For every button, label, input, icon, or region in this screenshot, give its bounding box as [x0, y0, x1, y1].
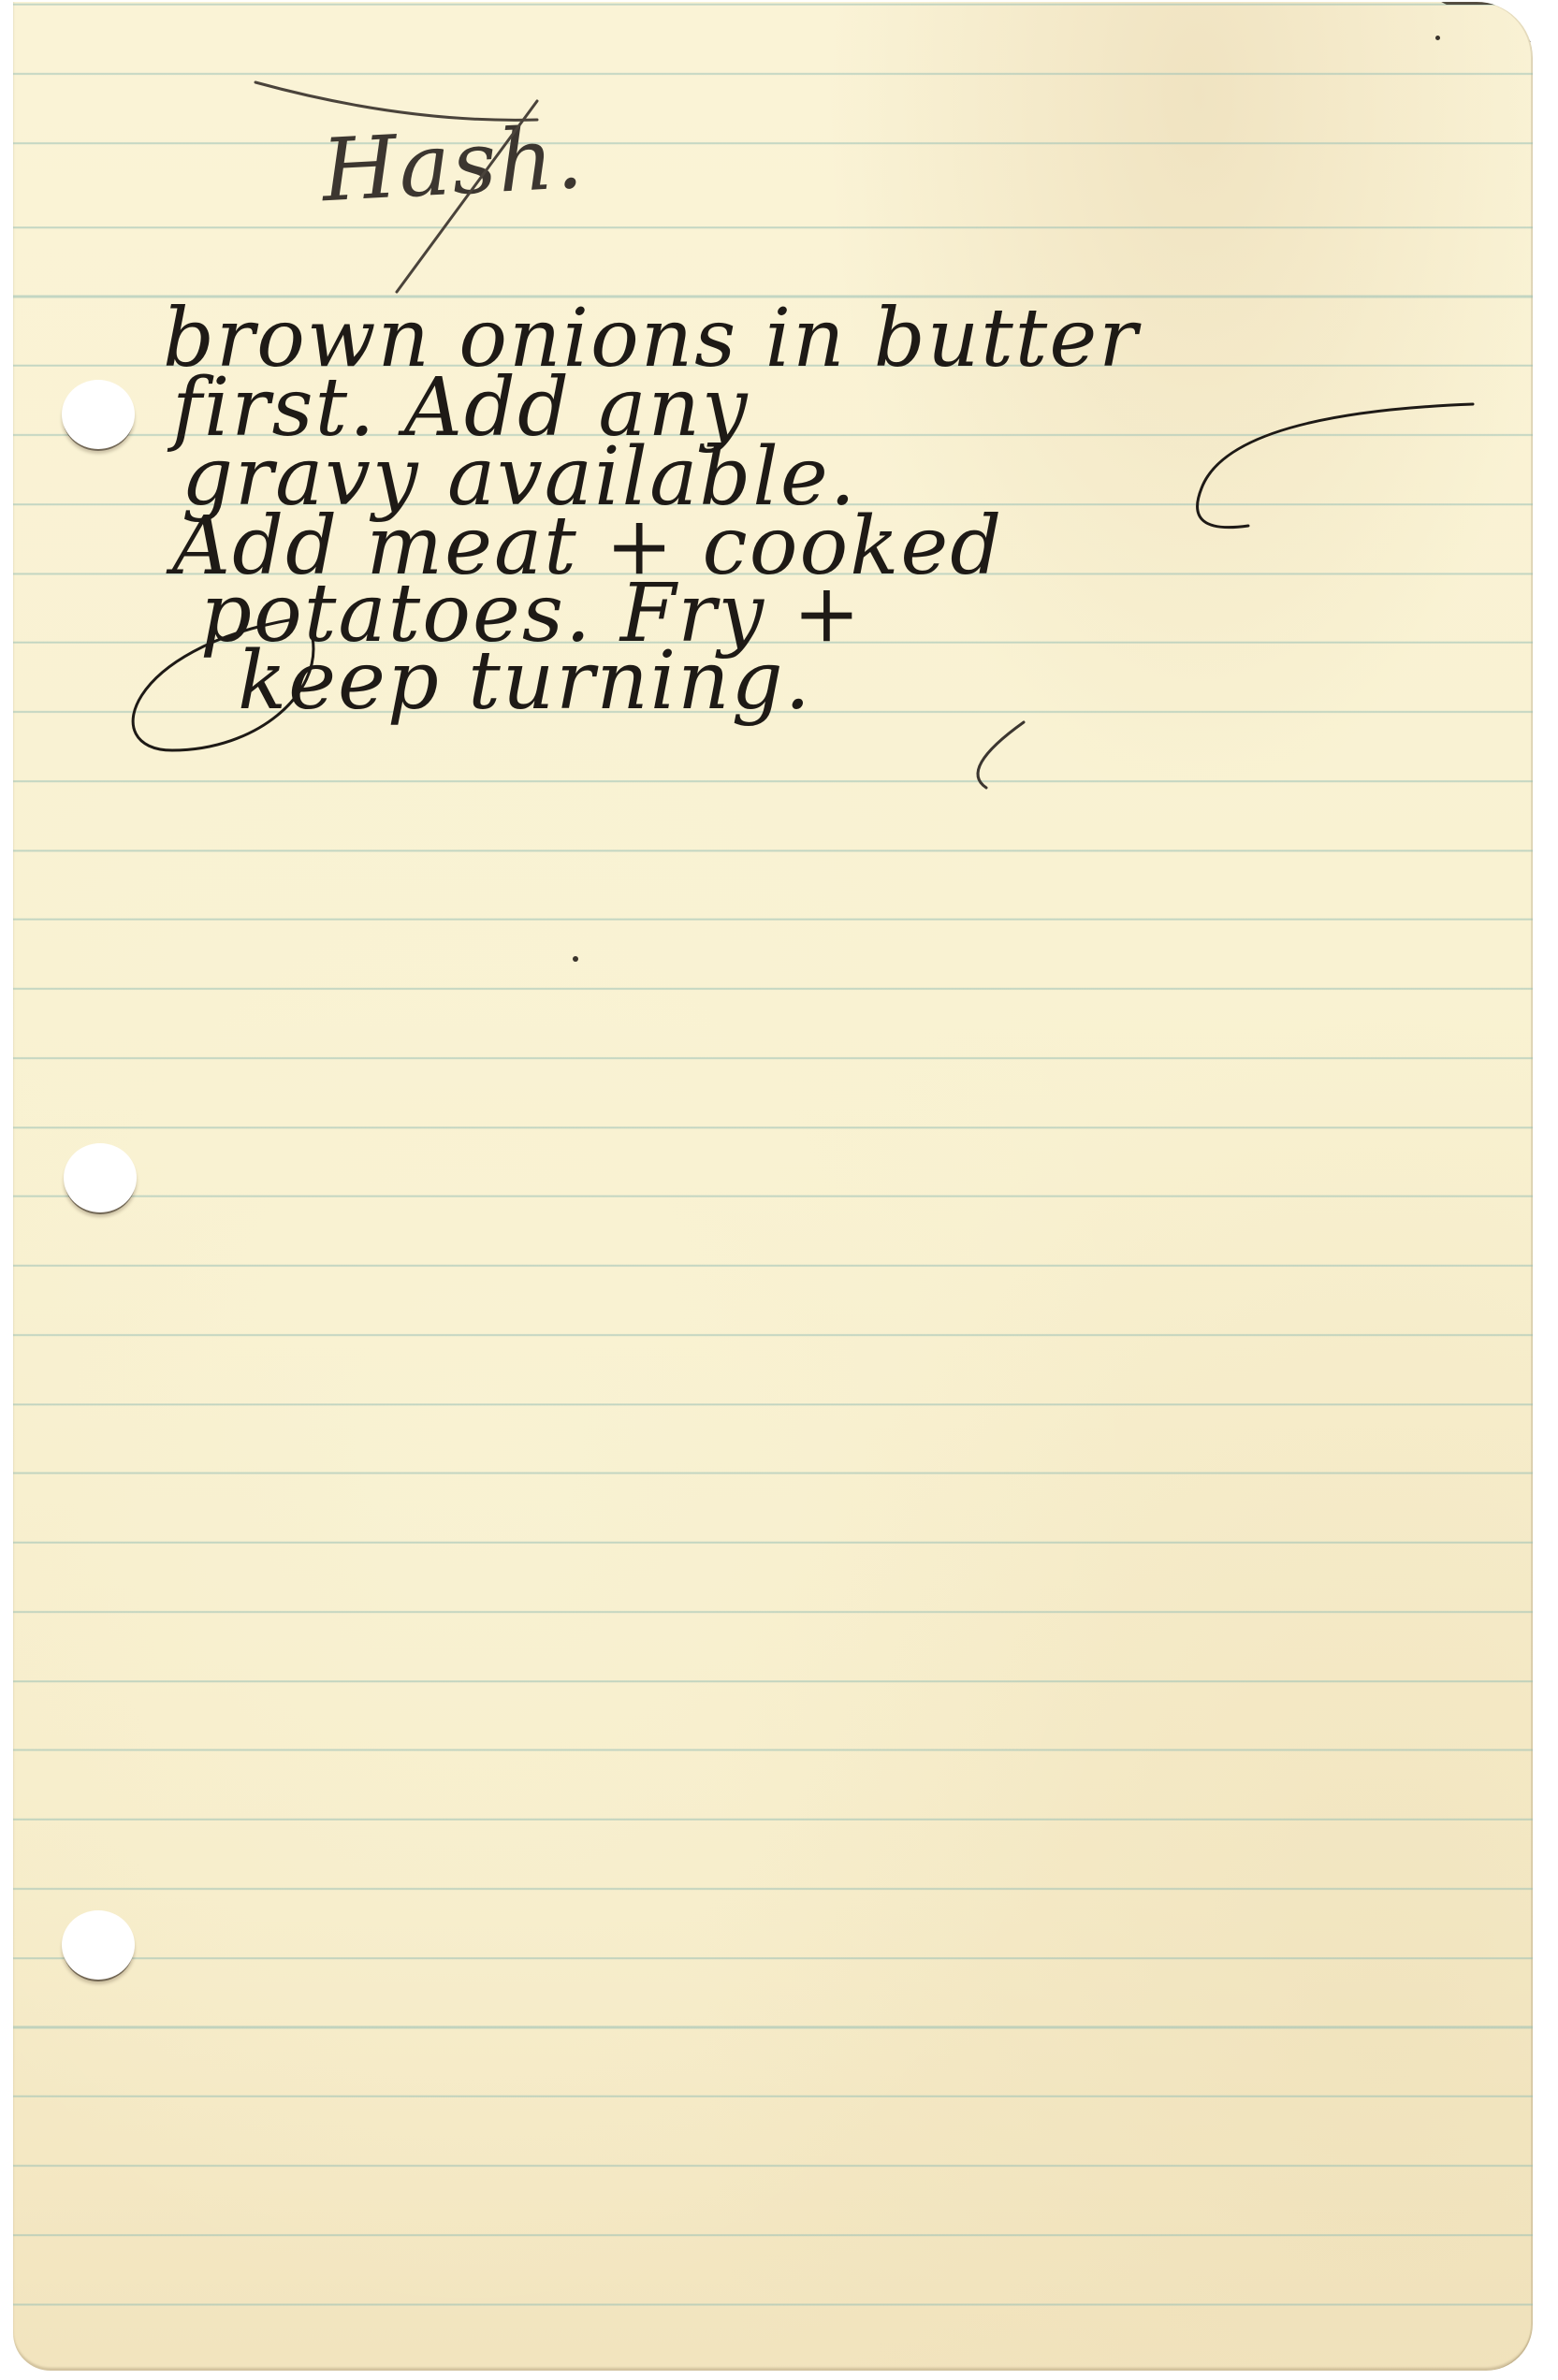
ruled-lines [13, 2, 1533, 2371]
punch-hole-top [62, 380, 135, 449]
paper-speck [573, 956, 578, 962]
punch-hole-bottom [62, 1910, 135, 1980]
paper-speck [1435, 36, 1440, 40]
notebook-page: Hash. brown onions in butter first. Add … [13, 2, 1533, 2371]
punch-hole-middle [64, 1143, 137, 1212]
